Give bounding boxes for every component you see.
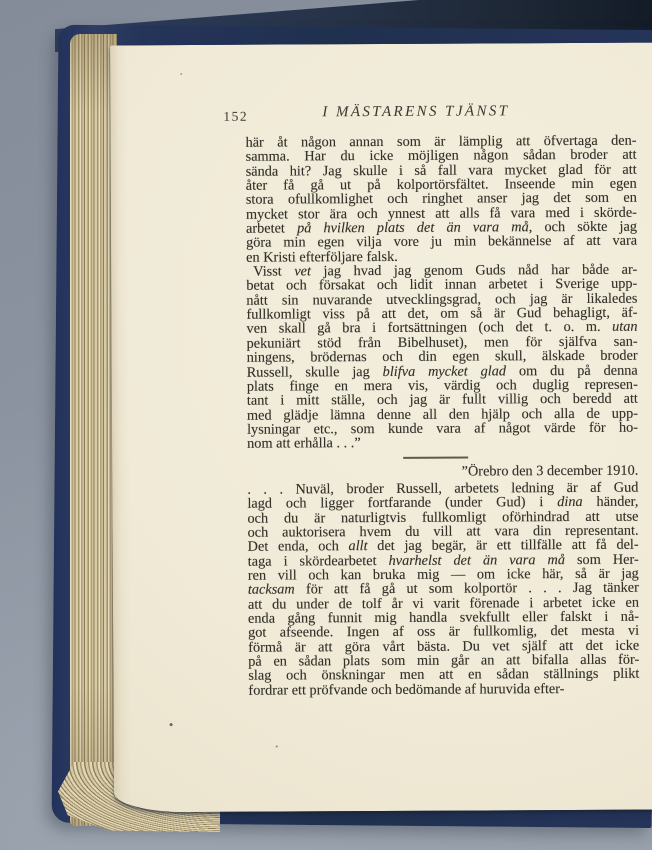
text-block: här åt någon annan som är lämplig att öf… [246,134,640,698]
text-line: nom att erhålla . . .” [247,435,638,451]
text-line: lysningar etc., som kunde vara af något … [247,421,638,437]
page-number: 152 [223,109,248,125]
text-line: fordrar ett pröfvande och bedömande af h… [248,681,639,697]
running-header: I MÄSTARENS TJÄNST [322,103,509,121]
open-page-group: 152 I MÄSTARENS TJÄNST här åt någon anna… [0,0,652,850]
date-line: ”Örebro den 3 december 1910. [247,463,638,479]
ink-speck [170,723,173,726]
ink-speck [180,73,182,75]
paragraph: här åt någon annan som är lämplig att öf… [246,134,638,265]
text-line: göra min egen vilja vore ju min bekännel… [246,234,637,250]
section-divider [403,456,468,458]
book-photo: 152 I MÄSTARENS TJÄNST här åt någon anna… [0,0,652,850]
paragraph: Visst vet jag hvad jag genom Guds nåd ha… [246,263,638,452]
ink-speck [276,746,278,748]
paragraph: . . . Nuväl, broder Russell, arbetets le… [247,481,639,698]
